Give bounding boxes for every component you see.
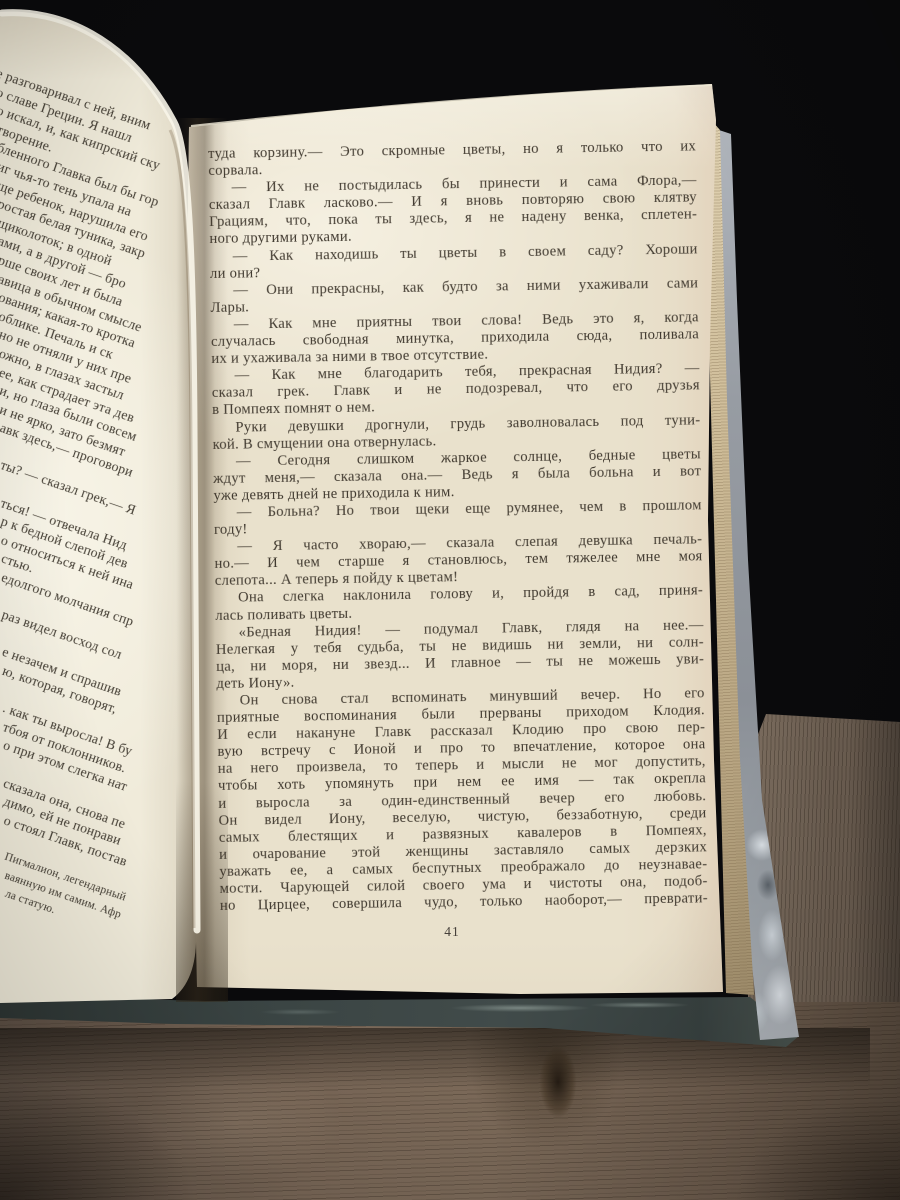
page-number: 41 (208, 924, 696, 940)
photo-scene: туда корзину.— Это скромные цветы, но я … (0, 0, 900, 1200)
right-page-text: туда корзину.— Это скромные цветы, но я … (208, 138, 708, 915)
